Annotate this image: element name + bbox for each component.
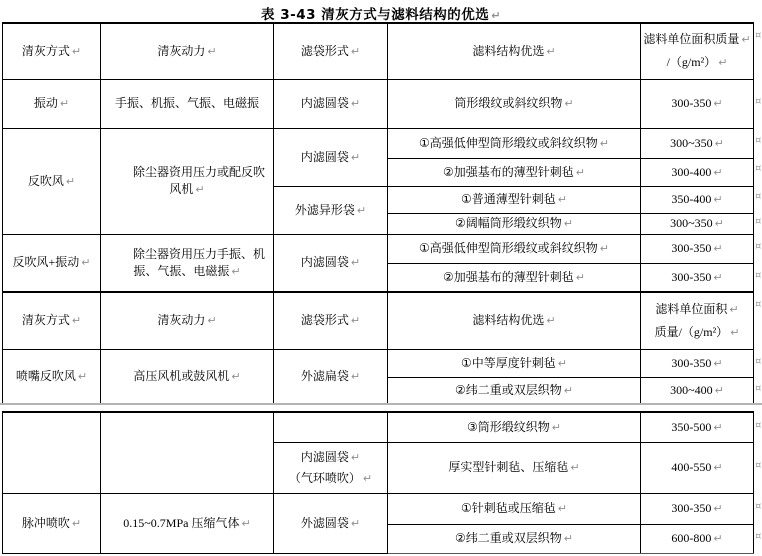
row-end-marker: ¤ [755, 96, 762, 108]
document-page: 表 3-43 清灰方式与滤料结构的优选↵ 清灰方式↵ 清灰动力↵ 滤袋形式↵ 滤… [0, 0, 762, 556]
row-end-marker: ¤ [755, 299, 762, 311]
cell-structure-vibration: 筒形缎纹或斜纹织物↵ [388, 79, 641, 128]
header-row-1: 清灰方式↵ 清灰动力↵ 滤袋形式↵ 滤料结构优选↵ 滤料单位面积质量↵ /（g/… [3, 23, 754, 79]
cell-mass-backblow-vibration-1: 300-350↵ [641, 234, 754, 263]
cell-power-backblow: 除尘器资用压力或配反吹 风机↵ [101, 128, 274, 234]
paragraph-mark: ↵ [78, 370, 87, 383]
paragraph-mark: ↵ [241, 517, 250, 530]
header2-cleaning-power: 清灰动力↵ [101, 292, 274, 349]
cell-bag-backblow-outer: 外滤异形袋↵ [274, 186, 388, 234]
table-title: 表 3-43 清灰方式与滤料结构的优选↵ [0, 3, 762, 23]
cell-bag-backblow-vibration: 内滤圆袋↵ [274, 234, 388, 292]
cell-structure-backblow-4: ②阔幅筒形缎纹织物↵ [388, 213, 641, 234]
paragraph-mark: ↵ [81, 256, 90, 269]
cell-mass-backblow-4: 300~350↵ [641, 213, 754, 234]
row-end-marker: ¤ [755, 30, 762, 42]
cell-bag-nozzle: 外滤扁袋↵ [274, 349, 388, 404]
cell-bag-backblow-inner: 内滤圆袋↵ [274, 128, 388, 186]
cell-mass-backblow-vibration-2: 300-350↵ [641, 263, 754, 292]
cell-structure-nozzle-3: ③筒形缎纹织物↵ [388, 412, 641, 442]
row-backblow-vibration-1: 反吹风+振动↵ 除尘器资用压力手振、机 振、气振、电磁振↵ 内滤圆袋↵ ①高强低… [3, 234, 754, 263]
paragraph-mark: ↵ [66, 175, 75, 188]
cell-mass-pulse-2: 600-800↵ [641, 524, 754, 553]
paragraph-mark: ↵ [351, 314, 360, 327]
paragraph-mark: ↵ [564, 217, 573, 230]
cell-power-backblow-vibration: 除尘器资用压力手振、机 振、气振、电磁振↵ [101, 234, 274, 292]
paragraph-mark: ↵ [713, 461, 722, 474]
paragraph-mark: ↵ [715, 137, 724, 150]
cell-mass-backblow-2: 300-400↵ [641, 158, 754, 186]
cell-bag-continuation-empty [274, 412, 388, 442]
cell-structure-backblow-vibration-2: ②加强基布的薄型针刺毡↵ [388, 263, 641, 292]
row-end-marker: ¤ [755, 531, 762, 543]
paragraph-mark: ↵ [231, 370, 240, 383]
row-nozzle-1: 喷嘴反吹风↵ 高压风机或鼓风机↵ 外滤扁袋↵ ①中等厚度针刺毡↵ 300-350… [3, 349, 754, 377]
paragraph-mark: ↵ [713, 242, 722, 255]
paragraph-mark: ↵ [729, 303, 738, 316]
cell-structure-backblow-2: ②加强基布的薄型针刺毡↵ [388, 158, 641, 186]
filter-table-fragment-1: 清灰方式↵ 清灰动力↵ 滤袋形式↵ 滤料结构优选↵ 滤料单位面积质量↵ /（g/… [2, 22, 754, 405]
paragraph-mark: ↵ [713, 502, 722, 515]
paragraph-mark: ↵ [576, 271, 585, 284]
paragraph-mark: ↵ [351, 451, 360, 464]
paragraph-mark: ↵ [351, 45, 360, 58]
row-end-marker: ¤ [755, 383, 762, 395]
header-unit-mass: 滤料单位面积质量↵ /（g/m²）↵ [641, 23, 754, 79]
header-cleaning-power: 清灰动力↵ [101, 23, 274, 79]
paragraph-mark: ↵ [564, 97, 573, 110]
paragraph-mark: ↵ [713, 421, 722, 434]
paragraph-mark: ↵ [351, 256, 360, 269]
paragraph-mark: ↵ [713, 532, 722, 545]
cell-method-vibration: 振动↵ [3, 79, 101, 128]
paragraph-mark: ↵ [570, 461, 579, 474]
paragraph-mark: ↵ [558, 193, 567, 206]
cell-mass-backblow-1: 300~350↵ [641, 128, 754, 158]
row-end-marker: ¤ [755, 356, 762, 368]
cell-structure-pulse-2: ②纬二重或双层织物↵ [388, 524, 641, 553]
row-end-marker: ¤ [755, 135, 762, 147]
cell-structure-nozzle-1: ①中等厚度针刺毡↵ [388, 349, 641, 377]
paragraph-mark: ↵ [351, 370, 360, 383]
cell-method-pulse: 脉冲喷吹↵ [3, 493, 101, 553]
cell-mass-nozzle-2: 300~400↵ [641, 377, 754, 404]
row-nozzle-3: ③筒形缎纹织物↵ 350-500↵ [3, 412, 754, 442]
paragraph-mark: ↵ [741, 33, 750, 46]
cell-method-nozzle: 喷嘴反吹风↵ [3, 349, 101, 404]
cell-bag-pulse: 外滤圆袋↵ [274, 493, 388, 553]
row-end-marker: ¤ [755, 460, 762, 472]
paragraph-mark: ↵ [552, 421, 561, 434]
row-end-marker: ¤ [755, 163, 762, 175]
cell-method-continuation-empty [3, 412, 101, 493]
paragraph-mark: ↵ [600, 242, 609, 255]
paragraph-mark: ↵ [713, 357, 722, 370]
paragraph-mark: ↵ [546, 314, 555, 327]
paragraph-mark: ↵ [231, 265, 240, 278]
cell-power-nozzle: 高压风机或鼓风机↵ [101, 349, 274, 404]
filter-table-fragment-2: ③筒形缎纹织物↵ 350-500↵ 内滤圆袋↵ （气环喷吹）↵ 厚实型针刺毡、压… [2, 411, 754, 554]
header2-structure: 滤料结构优选↵ [388, 292, 641, 349]
cell-mass-nozzle-3: 350-500↵ [641, 412, 754, 442]
paragraph-mark: ↵ [351, 151, 360, 164]
cell-mass-vibration: 300-350↵ [641, 79, 754, 128]
cell-structure-backblow-vibration-1: ①高强低伸型筒形缎纹或斜纹织物↵ [388, 234, 641, 263]
row-end-marker: ¤ [755, 191, 762, 203]
header2-cleaning-method: 清灰方式↵ [3, 292, 101, 349]
page-break-divider [0, 403, 762, 405]
cell-structure-backblow-3: ①普通薄型针刺毡↵ [388, 186, 641, 213]
paragraph-mark: ↵ [195, 183, 204, 196]
row-end-marker: ¤ [755, 420, 762, 432]
paragraph-mark: ↵ [564, 532, 573, 545]
paragraph-mark: ↵ [564, 384, 573, 397]
header-structure: 滤料结构优选↵ [388, 23, 641, 79]
paragraph-mark: ↵ [730, 326, 739, 339]
paragraph-mark: ↵ [713, 271, 722, 284]
paragraph-mark: ↵ [207, 314, 216, 327]
cell-mass-nozzle-1: 300-350↵ [641, 349, 754, 377]
paragraph-mark: ↵ [351, 97, 360, 110]
cell-structure-nozzle-4: 厚实型针刺毡、压缩毡↵ [388, 442, 641, 493]
cell-mass-backblow-3: 350-400↵ [641, 186, 754, 213]
paragraph-mark: ↵ [72, 517, 81, 530]
paragraph-mark: ↵ [72, 45, 81, 58]
row-backblow-1: 反吹风↵ 除尘器资用压力或配反吹 风机↵ 内滤圆袋↵ ①高强低伸型筒形缎纹或斜纹… [3, 128, 754, 158]
paragraph-mark: ↵ [713, 193, 722, 206]
header2-unit-mass: 滤料单位面积↵ 质量/（g/m²）↵ [641, 292, 754, 349]
cell-structure-pulse-1: ①针刺毡或压缩毡↵ [388, 493, 641, 524]
table-title-text: 表 3-43 清灰方式与滤料结构的优选 [261, 7, 489, 23]
paragraph-mark: ↵ [357, 204, 366, 217]
paragraph-mark: ↵ [351, 517, 360, 530]
paragraph-mark: ↵ [715, 217, 724, 230]
row-end-marker: ¤ [755, 501, 762, 513]
header2-bag-form: 滤袋形式↵ [274, 292, 388, 349]
cell-method-backblow: 反吹风↵ [3, 128, 101, 234]
row-end-marker: ¤ [755, 270, 762, 282]
cell-structure-nozzle-2: ②纬二重或双层织物↵ [388, 377, 641, 404]
row-end-marker: ¤ [755, 216, 762, 228]
paragraph-mark: ↵ [207, 45, 216, 58]
header-cleaning-method: 清灰方式↵ [3, 23, 101, 79]
paragraph-mark: ↵ [558, 357, 567, 370]
header-bag-form: 滤袋形式↵ [274, 23, 388, 79]
paragraph-mark: ↵ [576, 166, 585, 179]
paragraph-mark: ↵ [715, 384, 724, 397]
cell-power-pulse: 0.15~0.7MPa 压缩气体↵ [101, 493, 274, 553]
paragraph-mark: ↵ [491, 9, 501, 22]
paragraph-mark: ↵ [600, 137, 609, 150]
paragraph-mark: ↵ [60, 97, 69, 110]
cell-power-vibration: 手振、机振、气振、电磁振 [101, 79, 274, 128]
header-row-2: 清灰方式↵ 清灰动力↵ 滤袋形式↵ 滤料结构优选↵ 滤料单位面积↵ 质量/（g/… [3, 292, 754, 349]
cell-bag-air-ring: 内滤圆袋↵ （气环喷吹）↵ [274, 442, 388, 493]
cell-bag-vibration: 内滤圆袋↵ [274, 79, 388, 128]
paragraph-mark: ↵ [72, 314, 81, 327]
paragraph-mark: ↵ [558, 502, 567, 515]
paragraph-mark: ↵ [713, 97, 722, 110]
paragraph-mark: ↵ [713, 166, 722, 179]
cell-power-continuation-empty [101, 412, 274, 493]
cell-method-backblow-vibration: 反吹风+振动↵ [3, 234, 101, 292]
paragraph-mark: ↵ [718, 56, 727, 69]
cell-mass-nozzle-4: 400-550↵ [641, 442, 754, 493]
row-end-marker: ¤ [755, 241, 762, 253]
paragraph-mark: ↵ [546, 45, 555, 58]
cell-mass-pulse-1: 300-350↵ [641, 493, 754, 524]
row-pulse-1: 脉冲喷吹↵ 0.15~0.7MPa 压缩气体↵ 外滤圆袋↵ ①针刺毡或压缩毡↵ … [3, 493, 754, 524]
cell-structure-backblow-1: ①高强低伸型筒形缎纹或斜纹织物↵ [388, 128, 641, 158]
row-vibration: 振动↵ 手振、机振、气振、电磁振 内滤圆袋↵ 筒形缎纹或斜纹织物↵ 300-35… [3, 79, 754, 128]
paragraph-mark: ↵ [363, 472, 372, 485]
